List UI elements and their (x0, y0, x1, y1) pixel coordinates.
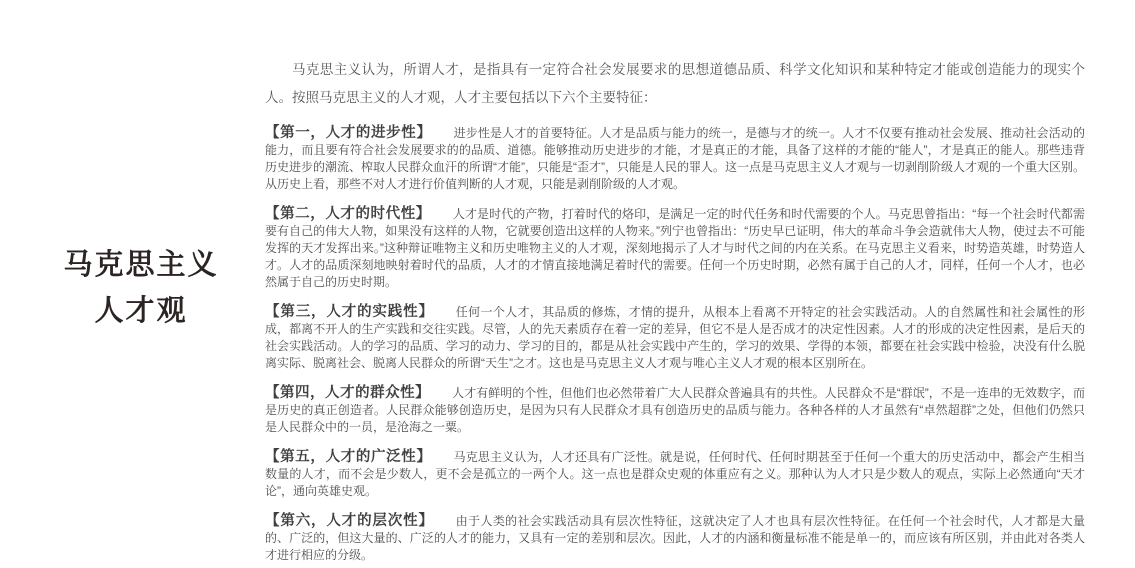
feature-1-heading: 【第一，人才的进步性】 (265, 125, 432, 141)
feature-5-heading: 【第五，人才的广泛性】 (265, 449, 432, 465)
feature-2-heading: 【第二，人才的时代性】 (265, 206, 431, 222)
feature-6-heading: 【第六，人才的层次性】 (265, 513, 434, 529)
slide-canvas: 马克思主义 人才观 马克思主义认为，所谓人才，是指具有一定符合社会发展要求的思想… (0, 0, 1135, 568)
feature-paragraph-1: 【第一，人才的进步性】进步性是人才的首要特征。人才是品质与能力的统一，是德与才的… (265, 125, 1085, 193)
feature-paragraph-2: 【第二，人才的时代性】人才是时代的产物，打着时代的烙印，是满足一定的时代任务和时… (265, 206, 1085, 291)
slide-title-line1: 马克思主义 (38, 242, 244, 288)
feature-paragraph-4: 【第四，人才的群众性】人才有鲜明的个性，但他们也必然带着广大人民群众普遍具有的共… (265, 385, 1085, 436)
intro-paragraph: 马克思主义认为，所谓人才，是指具有一定符合社会发展要求的思想道德品质、科学文化知… (265, 56, 1085, 112)
feature-paragraph-3: 【第三，人才的实践性】任何一个人才，其品质的修炼，才情的提升，从根本上看离不开特… (265, 304, 1085, 372)
feature-paragraph-6: 【第六，人才的层次性】由于人类的社会实践活动具有层次性特征，这就决定了人才也具有… (265, 513, 1085, 564)
slide-title: 马克思主义 人才观 (38, 242, 244, 334)
feature-paragraph-5: 【第五，人才的广泛性】马克思主义认为，人才还具有广泛性。就是说，任何时代、任何时… (265, 449, 1085, 500)
feature-4-heading: 【第四，人才的群众性】 (265, 385, 430, 401)
slide-title-line2: 人才观 (38, 288, 244, 334)
slide-body: 马克思主义认为，所谓人才，是指具有一定符合社会发展要求的思想道德品质、科学文化知… (265, 56, 1085, 564)
feature-3-heading: 【第三，人才的实践性】 (265, 304, 434, 320)
